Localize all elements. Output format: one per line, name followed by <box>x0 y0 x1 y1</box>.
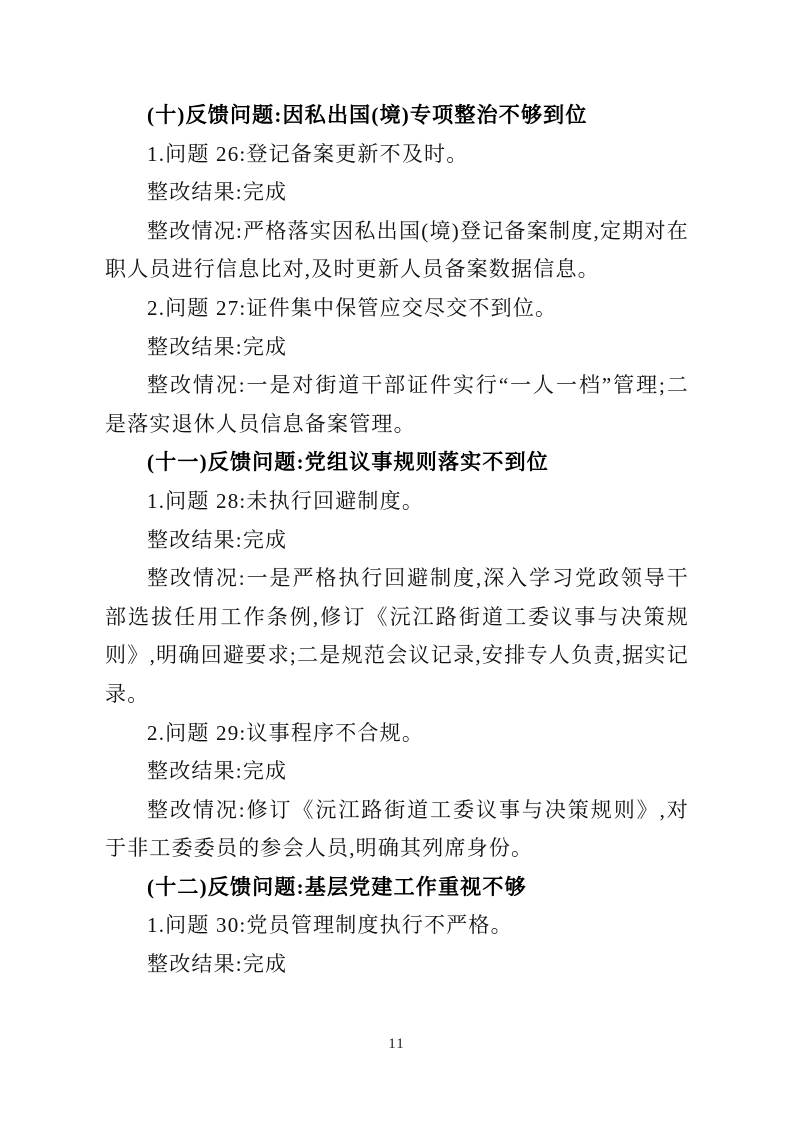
paragraph: 1.问题 26:登记备案更新不及时。 <box>105 135 689 174</box>
section-heading: (十一)反馈问题:党组议事规则落实不到位 <box>105 443 689 482</box>
paragraph: 整改结果:完成 <box>105 328 689 367</box>
paragraph: 整改情况:一是对街道干部证件实行“一人一档”管理;二是落实退休人员信息备案管理。 <box>105 366 689 443</box>
paragraph: 整改结果:完成 <box>105 945 689 984</box>
paragraph: 整改情况:修订《沅江路街道工委议事与决策规则》,对于非工委委员的参会人员,明确其… <box>105 791 689 868</box>
paragraph: 整改情况:严格落实因私出国(境)登记备案制度,定期对在职人员进行信息比对,及时更… <box>105 212 689 289</box>
paragraph: 整改结果:完成 <box>105 521 689 560</box>
paragraph: 整改情况:一是严格执行回避制度,深入学习党政领导干部选拔任用工作条例,修订《沅江… <box>105 559 689 713</box>
paragraph: 整改结果:完成 <box>105 752 689 791</box>
paragraph: 1.问题 28:未执行回避制度。 <box>105 482 689 521</box>
paragraph: 2.问题 27:证件集中保管应交尽交不到位。 <box>105 289 689 328</box>
section-heading: (十)反馈问题:因私出国(境)专项整治不够到位 <box>105 96 689 135</box>
paragraph: 整改结果:完成 <box>105 173 689 212</box>
paragraph: 2.问题 29:议事程序不合规。 <box>105 714 689 753</box>
section-heading: (十二)反馈问题:基层党建工作重视不够 <box>105 868 689 907</box>
paragraph: 1.问题 30:党员管理制度执行不严格。 <box>105 906 689 945</box>
page-number: 11 <box>0 1036 793 1053</box>
document-body: (十)反馈问题:因私出国(境)专项整治不够到位1.问题 26:登记备案更新不及时… <box>105 96 689 984</box>
document-page: (十)反馈问题:因私出国(境)专项整治不够到位1.问题 26:登记备案更新不及时… <box>0 0 793 1122</box>
